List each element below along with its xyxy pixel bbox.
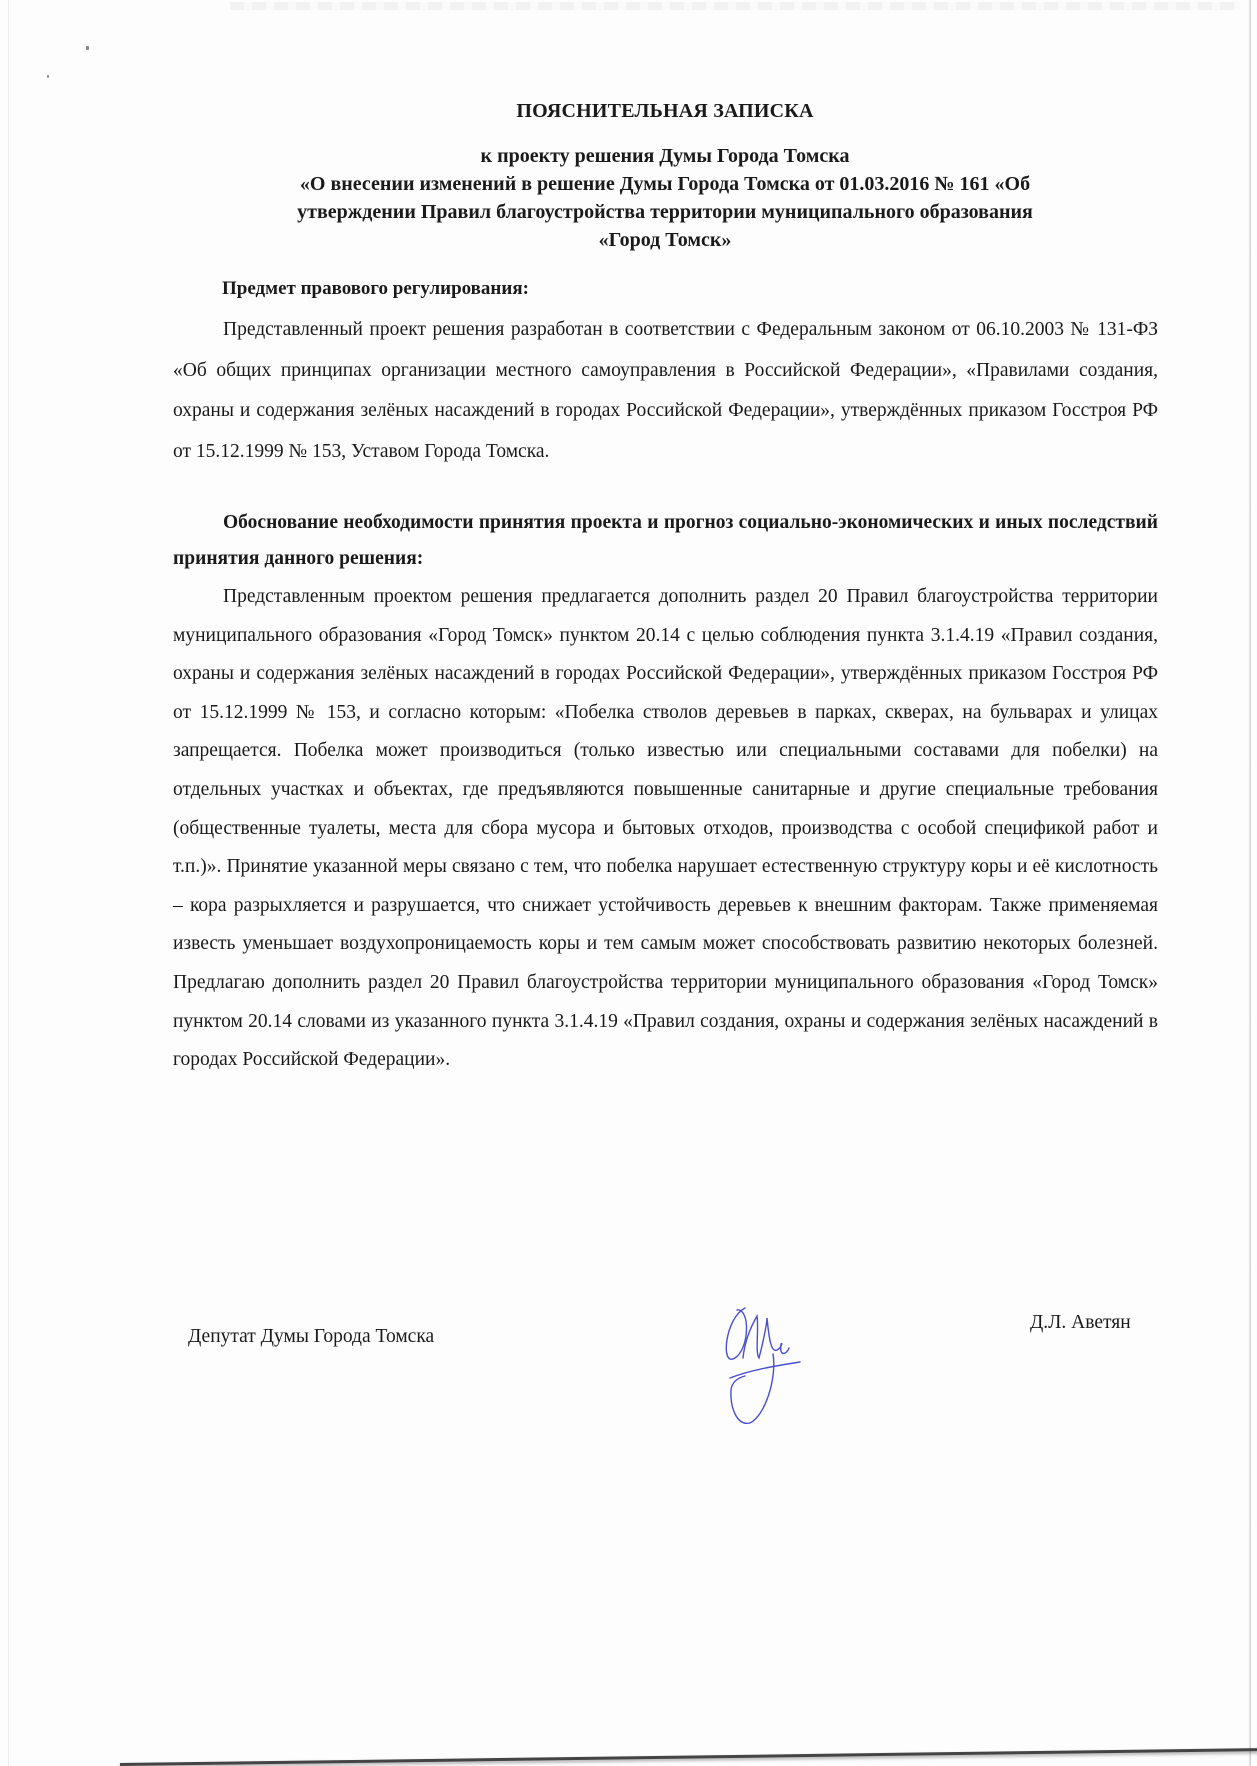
subtitle-line: «О внесении изменений в решение Думы Гор… xyxy=(170,170,1160,198)
section-paragraph-subject: Представленный проект решения разработан… xyxy=(173,310,1158,472)
subtitle-line: «Город Томск» xyxy=(170,226,1160,254)
signer-name: Д.Л. Аветян xyxy=(1030,1312,1131,1334)
scan-speck xyxy=(47,75,49,78)
page-bottom-edge xyxy=(120,1748,1257,1766)
section-heading-justification: Обоснование необходимости принятия проек… xyxy=(173,505,1158,577)
signature-block: Депутат Думы Города Томска Д.Л. Аветян xyxy=(0,1310,1257,1440)
section-paragraph-justification: Представленным проектом решения предлага… xyxy=(173,578,1158,1080)
page-edge-right xyxy=(1249,0,1251,1766)
subtitle-line: утверждении Правил благоустройства терри… xyxy=(170,198,1160,226)
scan-artifact-strip xyxy=(230,2,1240,10)
document-title: ПОЯСНИТЕЛЬНАЯ ЗАПИСКА xyxy=(170,100,1160,123)
page-edge-left xyxy=(8,0,9,1766)
signer-role: Депутат Думы Города Томска xyxy=(188,1326,434,1348)
section-heading-subject: Предмет правового регулирования: xyxy=(222,278,529,300)
handwritten-signature-icon xyxy=(715,1298,805,1428)
subtitle-line: к проекту решения Думы Города Томска xyxy=(170,142,1160,170)
scan-speck xyxy=(86,46,89,50)
